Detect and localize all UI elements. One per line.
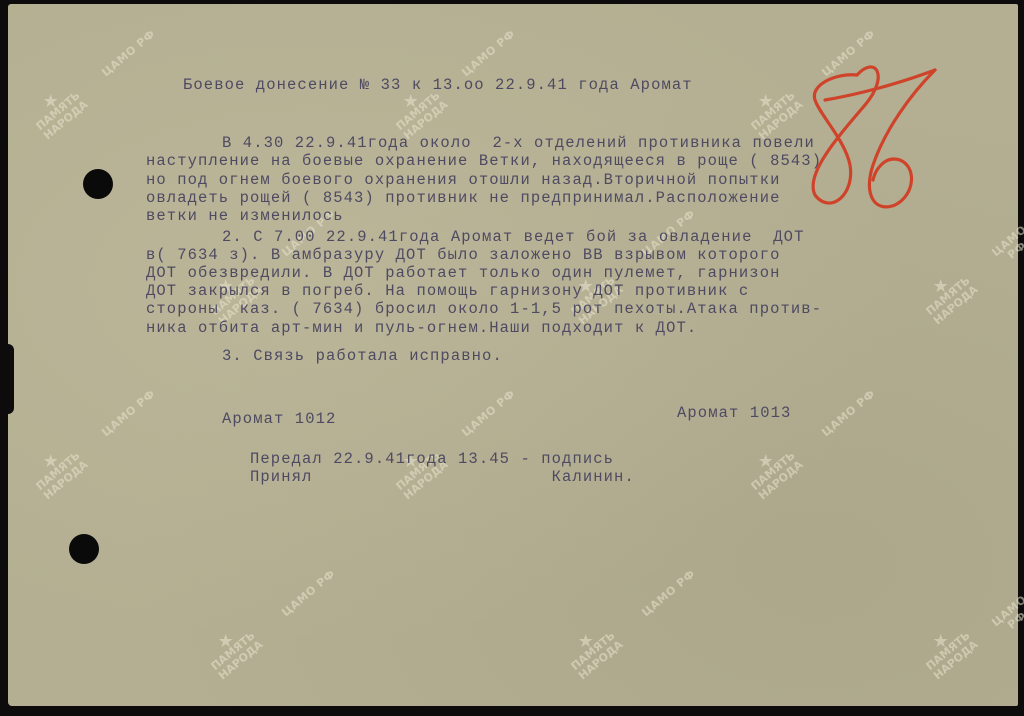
- document-header: Боевое донесение № 33 к 13.оо 22.9.41 го…: [183, 76, 693, 94]
- body-line: В 4.30 22.9.41года около 2-х отделений п…: [222, 134, 815, 152]
- body-line: 3. Связь работала исправно.: [222, 347, 503, 365]
- body-line: но под огнем боевого охранения отошли на…: [146, 171, 781, 189]
- page-edge-tear: [8, 344, 14, 414]
- footer-line-received: Принял Калинин.: [250, 468, 635, 486]
- body-line: ветки не изменилось: [146, 207, 344, 225]
- body-line: 2. С 7.00 22.9.41года Аромат ведет бой з…: [222, 228, 804, 246]
- signature-left: Аромат 1012: [222, 410, 336, 428]
- body-line: в( 7634 з). В амбразуру ДОТ было заложен…: [146, 246, 781, 264]
- body-line: ника отбита арт-мин и пуль-огнем.Наши по…: [146, 319, 697, 337]
- punch-hole: [83, 169, 113, 199]
- signature-right: Аромат 1013: [677, 404, 791, 422]
- body-line: ДОТ обезвредили. В ДОТ работает только о…: [146, 264, 781, 282]
- archive-number-handwritten: [795, 55, 945, 215]
- body-line: овладеть рощей ( 8543) противник не пред…: [146, 189, 781, 207]
- body-line: ДОТ закрылся в погреб. На помощь гарнизо…: [146, 282, 749, 300]
- footer-line-transmitted: Передал 22.9.41года 13.45 - подпись: [250, 450, 614, 468]
- body-line: наступление на боевые охранение Ветки, н…: [146, 152, 822, 170]
- punch-hole: [69, 534, 99, 564]
- body-line: стороны каз. ( 7634) бросил около 1-1,5 …: [146, 300, 822, 318]
